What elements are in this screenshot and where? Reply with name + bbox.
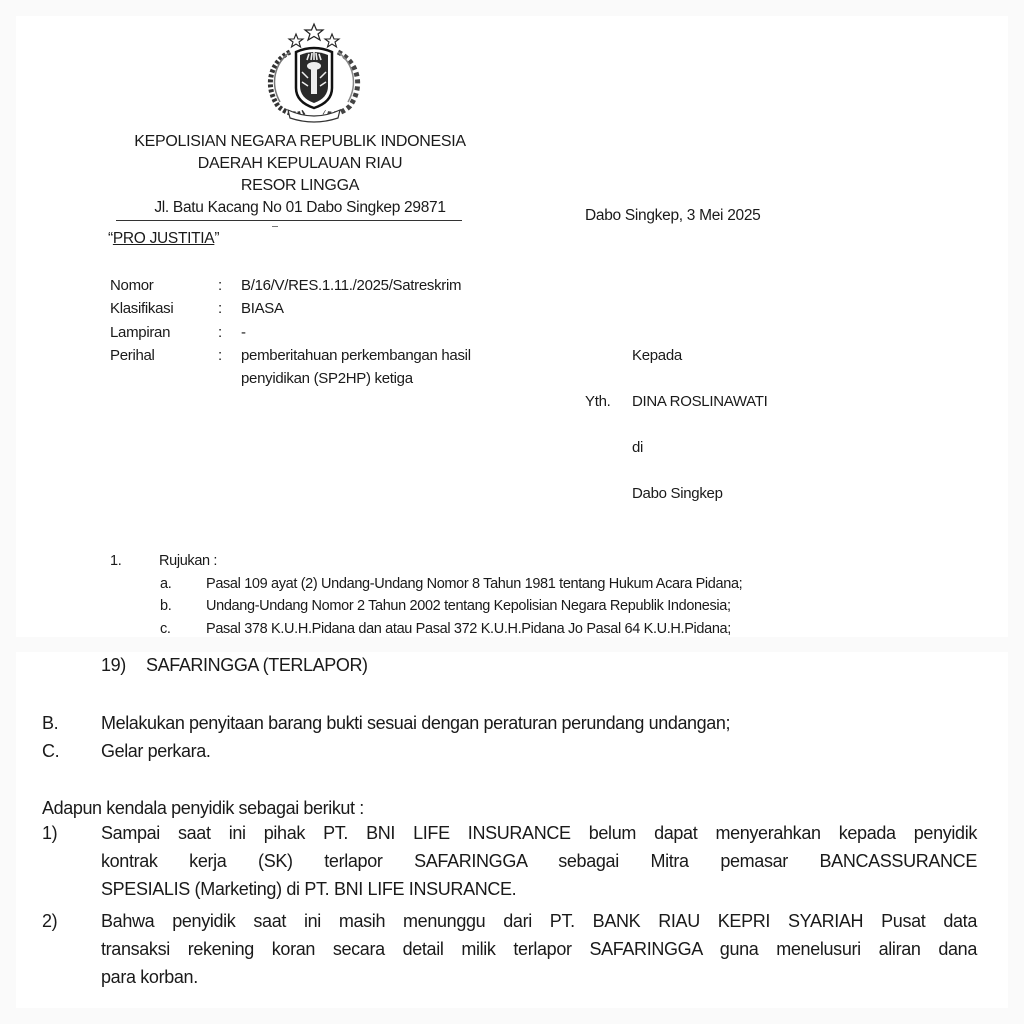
meta-label-perihal: Perihal	[110, 347, 155, 364]
letter-body-page: 19) SAFARINGGA (TERLAPOR) B. Melakukan p…	[16, 652, 1008, 1008]
constraint-line: transaksi rekening koran secara detail m…	[101, 939, 977, 960]
meta-colon: :	[218, 347, 222, 364]
meta-colon: :	[218, 324, 222, 341]
constraint-line: kontrak kerja (SK) terlapor SAFARINGGA s…	[101, 851, 977, 872]
meta-value-klasifikasi: BIASA	[241, 300, 284, 317]
reference-item: Undang-Undang Nomor 2 Tahun 2002 tentang…	[206, 598, 731, 614]
recipient-name: DINA ROSLINAWATI	[632, 393, 768, 410]
constraint-line: Sampai saat ini pihak PT. BNI LIFE INSUR…	[101, 823, 977, 844]
letter-header-page: KEPOLISIAN NEGARA REPUBLIK INDONESIA DAE…	[16, 16, 1008, 637]
meta-value-perihal-cont: penyidikan (SP2HP) ketiga	[241, 370, 413, 387]
reference-item: Pasal 378 K.U.H.Pidana dan atau Pasal 37…	[206, 621, 731, 637]
action-item: Gelar perkara.	[101, 741, 210, 762]
meta-label-klasifikasi: Klasifikasi	[110, 300, 173, 317]
meta-label-nomor: Nomor	[110, 277, 154, 294]
meta-label-lampiran: Lampiran	[110, 324, 170, 341]
recipient-di: di	[632, 439, 643, 456]
recipient-yth: Yth.	[585, 393, 610, 410]
section-number: 1.	[110, 553, 121, 569]
reference-marker: b.	[160, 598, 171, 614]
constraint-marker: 2)	[42, 911, 57, 932]
constraint-line: Bahwa penyidik saat ini masih menunggu d…	[101, 911, 977, 932]
meta-colon: :	[218, 300, 222, 317]
recipient-place: Dabo Singkep	[632, 485, 723, 502]
reference-marker: c.	[160, 621, 171, 637]
pro-justitia-label: “PRO JUSTITIA”	[108, 230, 219, 248]
constraint-marker: 1)	[42, 823, 57, 844]
reference-item: Pasal 109 ayat (2) Undang-Undang Nomor 8…	[206, 576, 742, 592]
constraint-line: SPESIALIS (Marketing) di PT. BNI LIFE IN…	[101, 879, 977, 900]
quote-close: ”	[214, 230, 219, 247]
pro-justitia-text: PRO JUSTITIA	[113, 230, 214, 247]
reference-marker: a.	[160, 576, 171, 592]
list-marker: 19)	[101, 655, 126, 676]
org-unit: RESOR LINGGA	[100, 175, 500, 197]
org-region: DAERAH KEPULAUAN RIAU	[100, 153, 500, 175]
constraint-line: para korban.	[101, 967, 977, 988]
meta-colon: :	[218, 277, 222, 294]
meta-value-perihal: pemberitahuan perkembangan hasil	[241, 347, 471, 364]
meta-value-lampiran: -	[241, 324, 246, 341]
action-marker: C.	[42, 741, 59, 762]
references-title: Rujukan :	[159, 553, 217, 569]
org-address: Jl. Batu Kacang No 01 Dabo Singkep 29871	[100, 197, 500, 219]
divider-mark	[272, 226, 278, 227]
recipient-kepada: Kepada	[632, 347, 682, 364]
constraints-intro: Adapun kendala penyidik sebagai berikut …	[42, 798, 364, 819]
action-marker: B.	[42, 713, 58, 734]
org-name: KEPOLISIAN NEGARA REPUBLIK INDONESIA	[100, 131, 500, 153]
letter-date: Dabo Singkep, 3 Mei 2025	[585, 207, 760, 225]
action-item: Melakukan penyitaan barang bukti sesuai …	[101, 713, 730, 734]
letterhead-rule	[116, 220, 462, 221]
meta-value-nomor: B/16/V/RES.1.11./2025/Satreskrim	[241, 277, 461, 294]
police-emblem-icon	[252, 22, 376, 126]
suspect-item: SAFARINGGA (TERLAPOR)	[146, 655, 368, 676]
